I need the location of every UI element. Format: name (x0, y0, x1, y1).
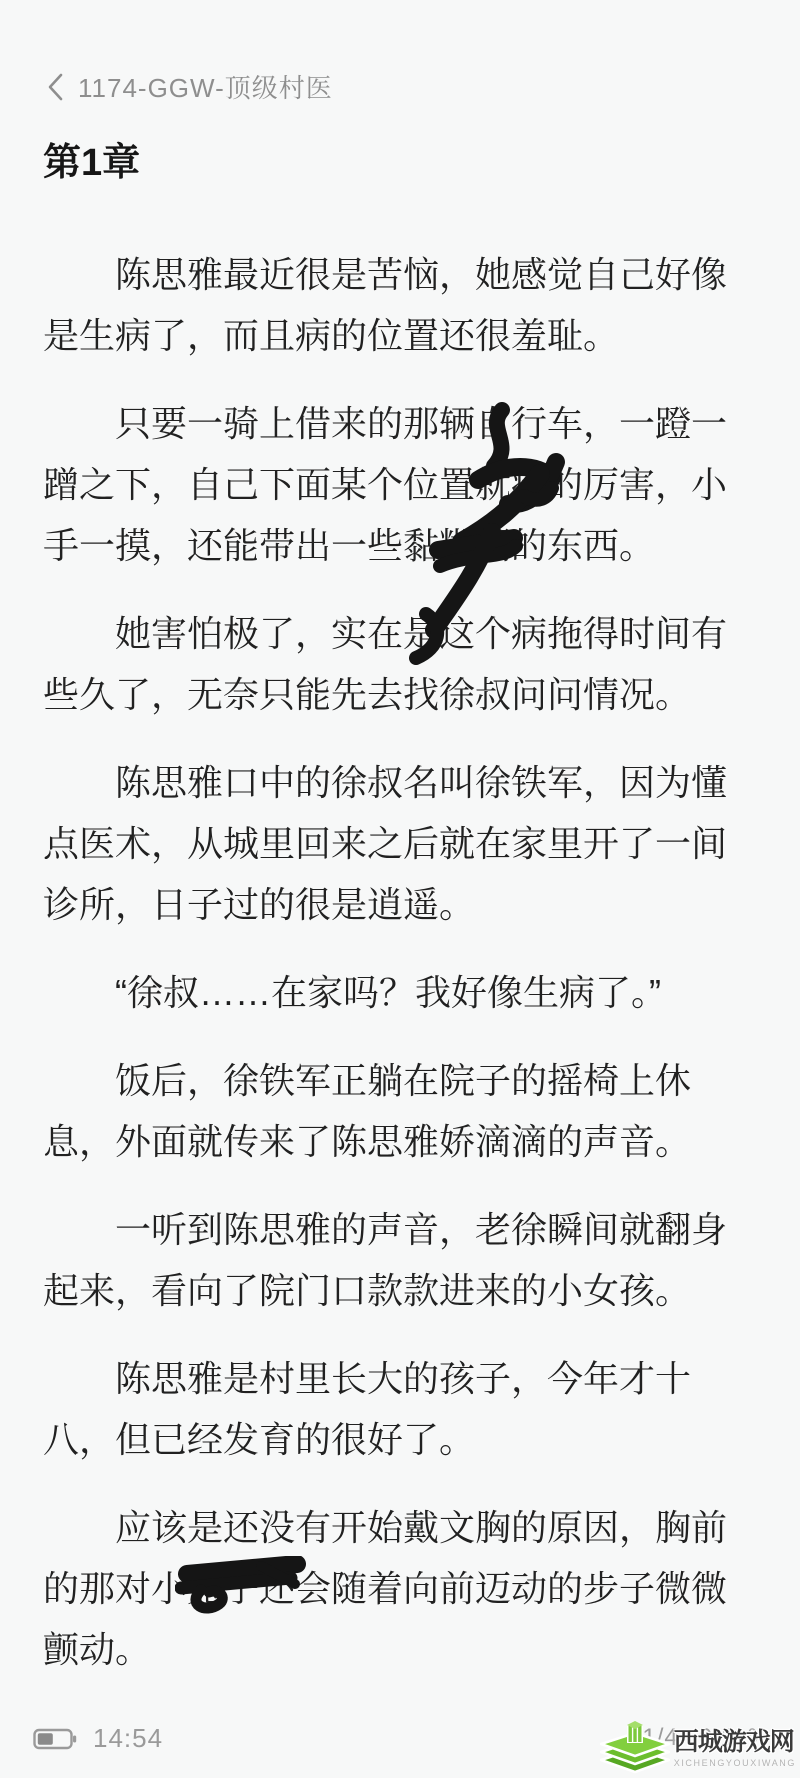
paragraph-line: 诊所，日子过的很是逍遥。 (43, 874, 757, 935)
paragraph-line: 些久了，无奈只能先去找徐叔问问情况。 (43, 664, 757, 725)
paragraph: 应该是还没有开始戴文胸的原因，胸前的那对小兔子还会随着向前迈动的步子微微颤动。 (43, 1497, 757, 1680)
layered-leaf-logo-icon (600, 1721, 670, 1775)
site-watermark: 西城游戏网 XICHENGYOUXIWANG (600, 1721, 796, 1775)
paragraph-line: 八，但已经发育的很好了。 (43, 1409, 757, 1470)
paragraph: 陈思雅口中的徐叔名叫徐铁军，因为懂点医术，从城里回来之后就在家里开了一间诊所，日… (43, 752, 757, 935)
watermark-text: 西城游戏网 XICHENGYOUXIWANG (674, 1729, 796, 1768)
paragraph: 陈思雅最近很是苦恼，她感觉自己好像是生病了，而且病的位置还很羞耻。 (43, 244, 757, 366)
paragraph-line: 颤动。 (43, 1619, 757, 1680)
paragraph-line: 起来，看向了院门口款款进来的小女孩。 (43, 1260, 757, 1321)
back-chevron-icon (45, 72, 65, 102)
paragraph-line: 手一摸，还能带出一些黏糊糊的东西。 (43, 515, 757, 576)
paragraph-line: 息，外面就传来了陈思雅娇滴滴的声音。 (43, 1111, 757, 1172)
paragraph: 她害怕极了，实在是这个病拖得时间有些久了，无奈只能先去找徐叔问问情况。 (43, 603, 757, 725)
chapter-content: 第1章 陈思雅最近很是苦恼，她感觉自己好像是生病了，而且病的位置还很羞耻。只要一… (43, 131, 757, 1707)
reader-page: 1174-GGW-顶级村医 第1章 陈思雅最近很是苦恼，她感觉自己好像是生病了，… (0, 0, 800, 1778)
back-button[interactable] (45, 72, 65, 102)
chapter-title: 第1章 (43, 131, 757, 195)
paragraph: 一听到陈思雅的声音，老徐瞬间就翻身起来，看向了院门口款款进来的小女孩。 (43, 1199, 757, 1321)
status-bar-left: 14:54 (33, 1723, 163, 1754)
clock-time: 14:54 (93, 1723, 163, 1754)
paragraph-line: 的那对小兔子还会随着向前迈动的步子微微 (43, 1558, 757, 1619)
reader-header: 1174-GGW-顶级村医 (45, 68, 757, 105)
paragraph-line: 是生病了，而且病的位置还很羞耻。 (43, 305, 757, 366)
paragraph: “徐叔……在家吗？我好像生病了。” (43, 962, 757, 1023)
paragraph-line: 一听到陈思雅的声音，老徐瞬间就翻身 (43, 1199, 757, 1260)
paragraph-line: 只要一骑上借来的那辆自行车，一蹬一 (43, 393, 757, 454)
paragraph-line: 陈思雅最近很是苦恼，她感觉自己好像 (43, 244, 757, 305)
paragraph: 只要一骑上借来的那辆自行车，一蹬一蹭之下，自己下面某个位置就痒的厉害，小手一摸，… (43, 393, 757, 576)
paragraph-line: “徐叔……在家吗？我好像生病了。” (43, 962, 757, 1023)
watermark-site-name: 西城游戏网 (674, 1729, 794, 1756)
battery-icon (33, 1727, 77, 1751)
paragraph: 饭后，徐铁军正躺在院子的摇椅上休息，外面就传来了陈思雅娇滴滴的声音。 (43, 1050, 757, 1172)
paragraph-line: 饭后，徐铁军正躺在院子的摇椅上休 (43, 1050, 757, 1111)
paragraph-line: 点医术，从城里回来之后就在家里开了一间 (43, 813, 757, 874)
book-title: 1174-GGW-顶级村医 (78, 68, 333, 105)
paragraph-line: 她害怕极了，实在是这个病拖得时间有 (43, 603, 757, 664)
paragraph: 陈思雅是村里长大的孩子，今年才十八，但已经发育的很好了。 (43, 1348, 757, 1470)
paragraph-container: 陈思雅最近很是苦恼，她感觉自己好像是生病了，而且病的位置还很羞耻。只要一骑上借来… (43, 244, 757, 1680)
paragraph-line: 蹭之下，自己下面某个位置就痒的厉害，小 (43, 454, 757, 515)
paragraph-line: 陈思雅是村里长大的孩子，今年才十 (43, 1348, 757, 1409)
watermark-site-pinyin: XICHENGYOUXIWANG (674, 1758, 796, 1768)
paragraph-line: 陈思雅口中的徐叔名叫徐铁军，因为懂 (43, 752, 757, 813)
paragraph-line: 应该是还没有开始戴文胸的原因，胸前 (43, 1497, 757, 1558)
